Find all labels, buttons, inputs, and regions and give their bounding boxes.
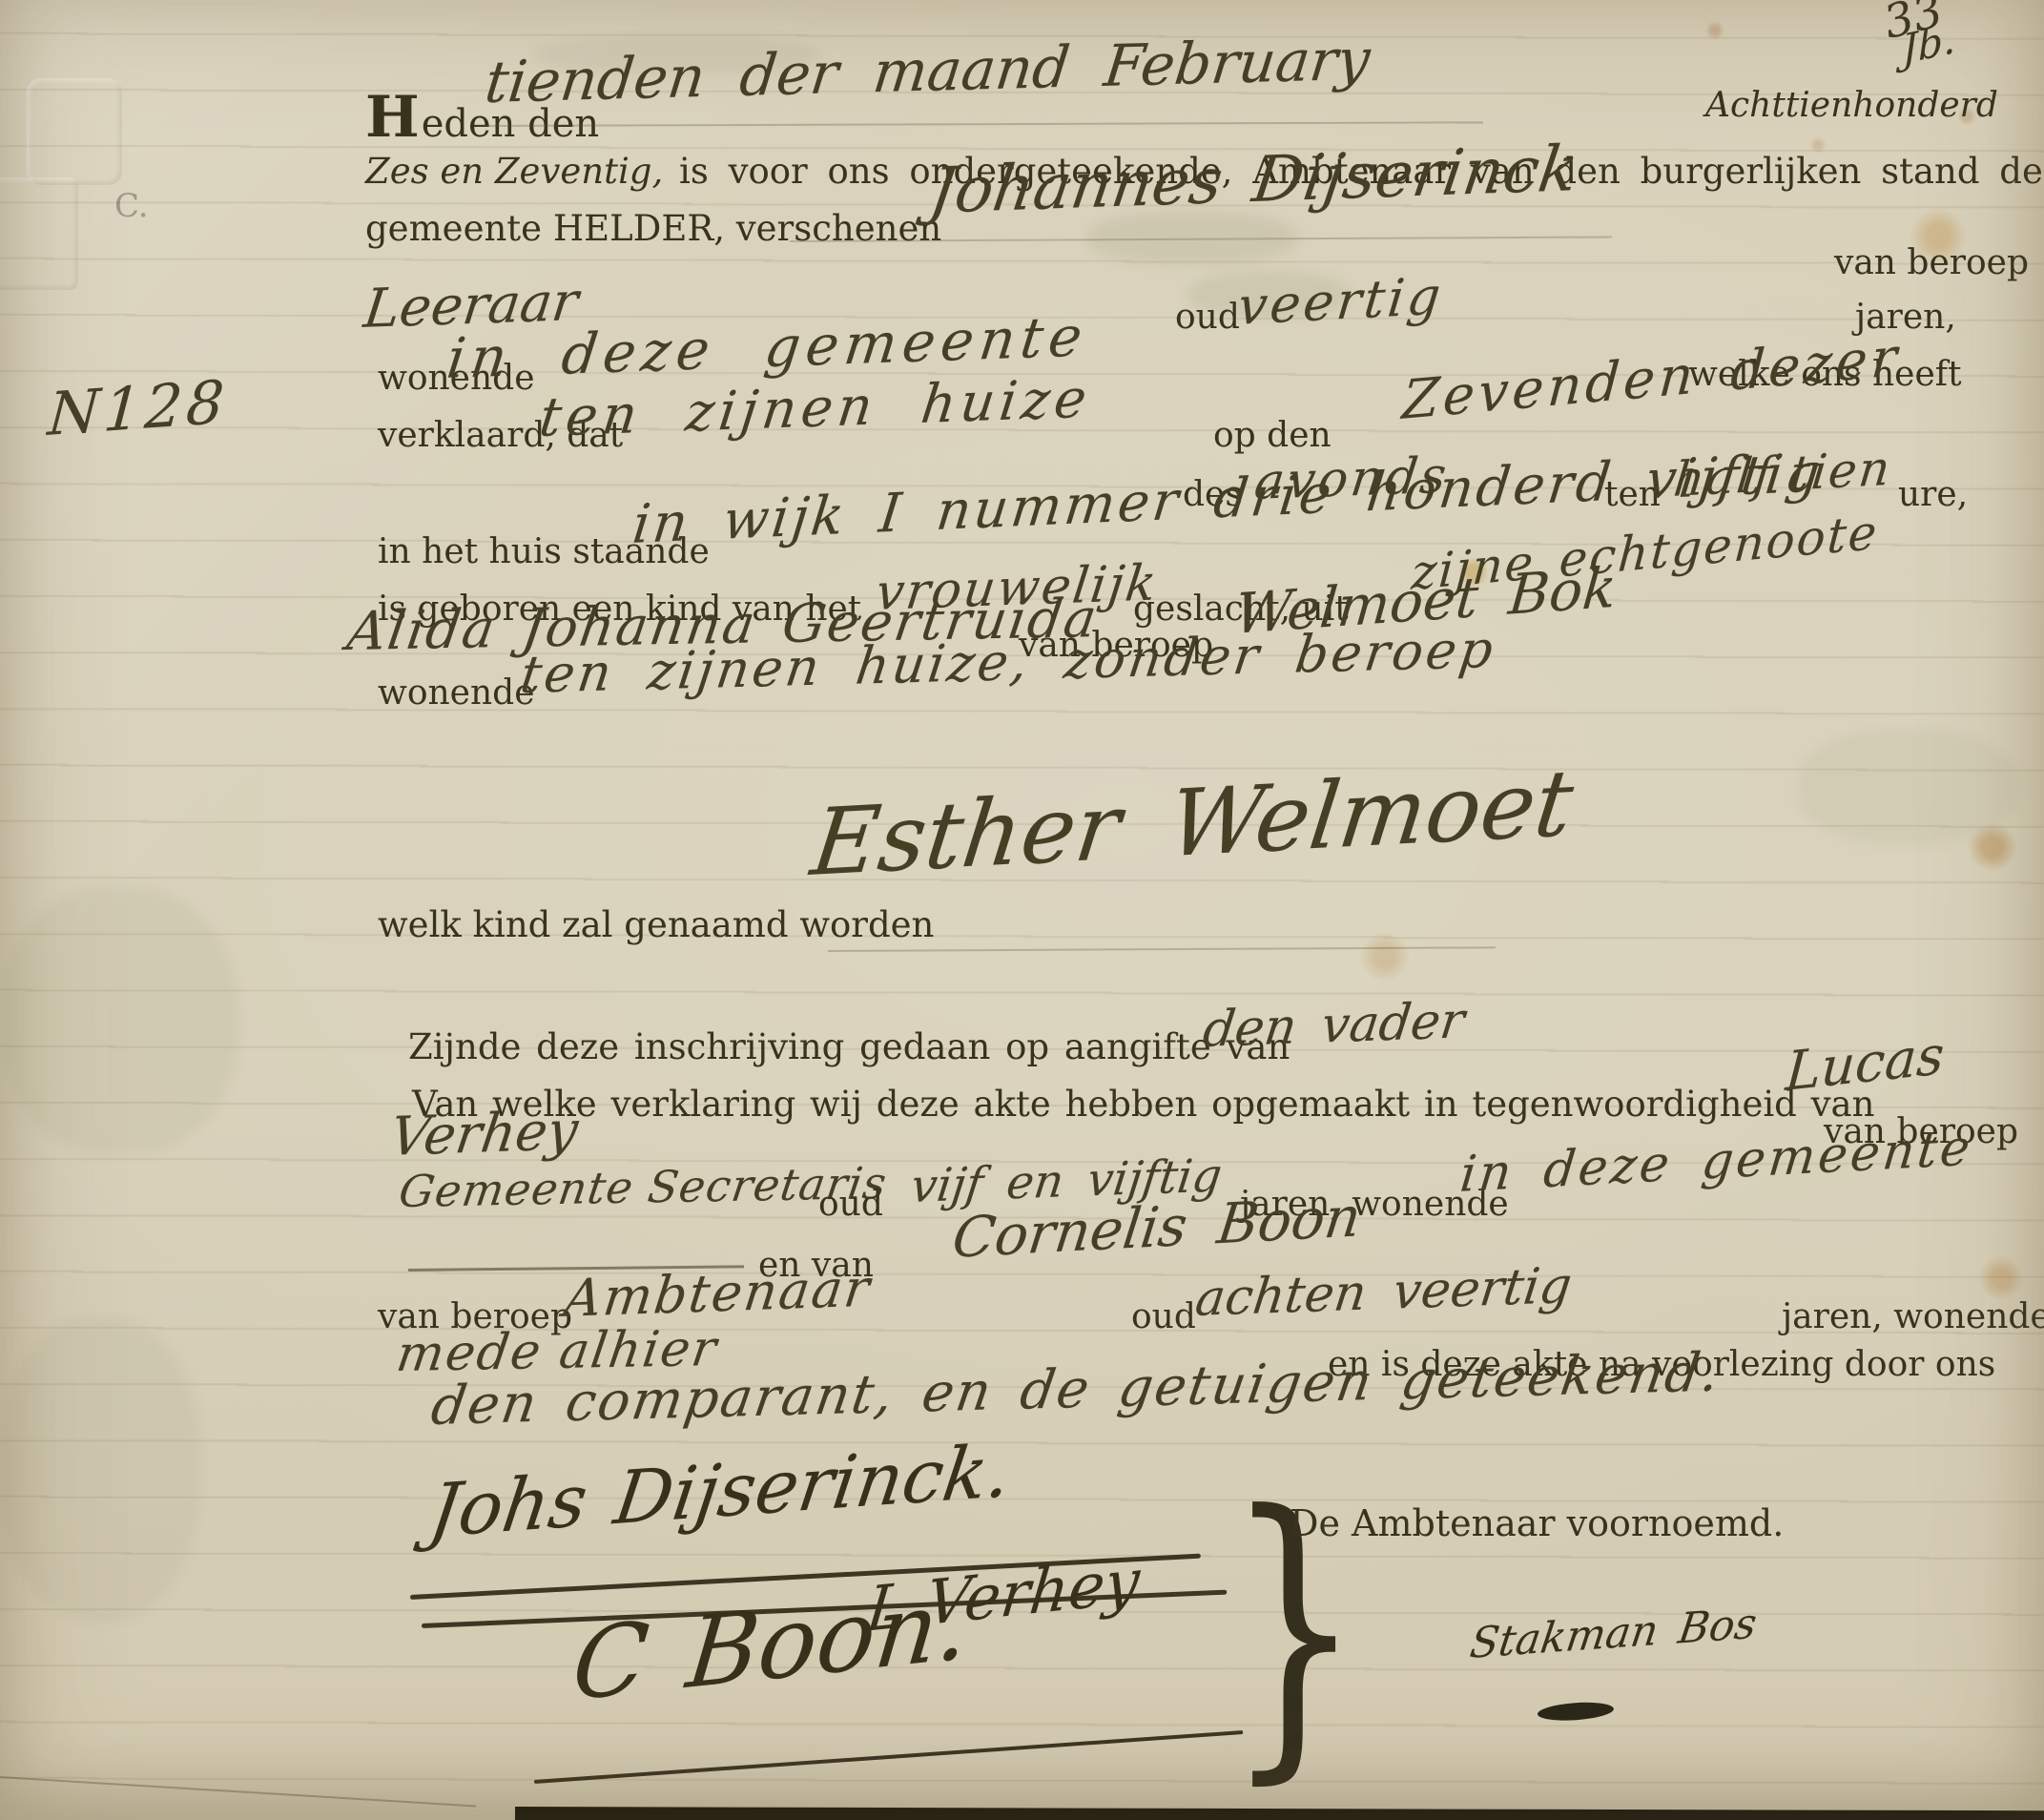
written-birth-date: Zevenden dezer [1400,326,1903,432]
form-blank-rule [477,121,1483,127]
written-declarant: den vader [1200,992,1468,1059]
printed-welk-kind: welk kind zal genaamd worden [378,904,934,945]
page-corner-crease [0,1776,476,1808]
printed-wonende-2: wonende [378,673,535,713]
printed-ambtenaar-voornoemd: De Ambtenaar voornoemd. [1290,1502,1784,1544]
written-witness1-surname: Verhey [386,1100,582,1169]
written-father-age: veertig [1235,265,1446,337]
bleedthrough-mark [0,1316,200,1622]
signature-ink-dash [1537,1700,1614,1723]
stamp-letter: C. [114,187,149,225]
signature-official: Stakman Bos [1467,1599,1760,1668]
embossed-stamp-lower [0,177,78,290]
printed-achttienhonderd: Achttienhonderd [1705,86,1998,125]
written-witness1-given-name: Lucas [1784,1024,1946,1104]
printed-gemeente-helder: gemeente HELDER, verschenen [365,208,941,249]
written-comparant-name: Johannes Dijserinck [925,132,1582,228]
printed-jaar-italic: Zes en Zeventig, [365,151,663,192]
printed-van-welke-verklaring: Van welke verklaring wij deze akte hebbe… [412,1084,1874,1125]
written-child-name: Esther Welmoet [806,749,1579,897]
clerk-paraph: Jb. [1901,14,1956,73]
form-blank-rule [828,946,1496,952]
signature-witness2: C Boon. [568,1566,975,1724]
bleedthrough-mark [0,887,238,1154]
printed-jaren-wonende-2: jaren, wonende [1782,1297,2044,1336]
printed-op-den: op den [1213,416,1332,455]
written-witness1-occupation: Gemeente Secretaris [396,1157,890,1217]
printed-oud-3: oud [1131,1297,1196,1336]
act-number: N128 [46,366,230,449]
printed-zijnde-inschrijving: Zijnde deze inschrijving gedaan op aangi… [408,1026,1290,1067]
birth-certificate-scan: { "page": { "folio_number": "33", "clerk… [0,0,2044,1820]
printed-van-beroep-1: van beroep [1834,243,2029,282]
written-witness2-age: achten veertig [1192,1257,1575,1328]
page-bottom-edge [515,1807,2044,1820]
written-witness1-residence: in deze gemeente [1457,1119,1975,1204]
embossed-stamp-upper [27,78,122,185]
written-witness2-occupation: Ambtenaar [561,1257,875,1329]
signature-flourish-underline [534,1730,1243,1784]
printed-oud-1: oud [1175,298,1240,337]
signature-father: Johs Dijserinck. [424,1427,1017,1554]
printed-ure: ure, [1898,475,1968,514]
printed-oud-2: oud [818,1185,883,1224]
bleedthrough-mark [1798,730,2017,844]
